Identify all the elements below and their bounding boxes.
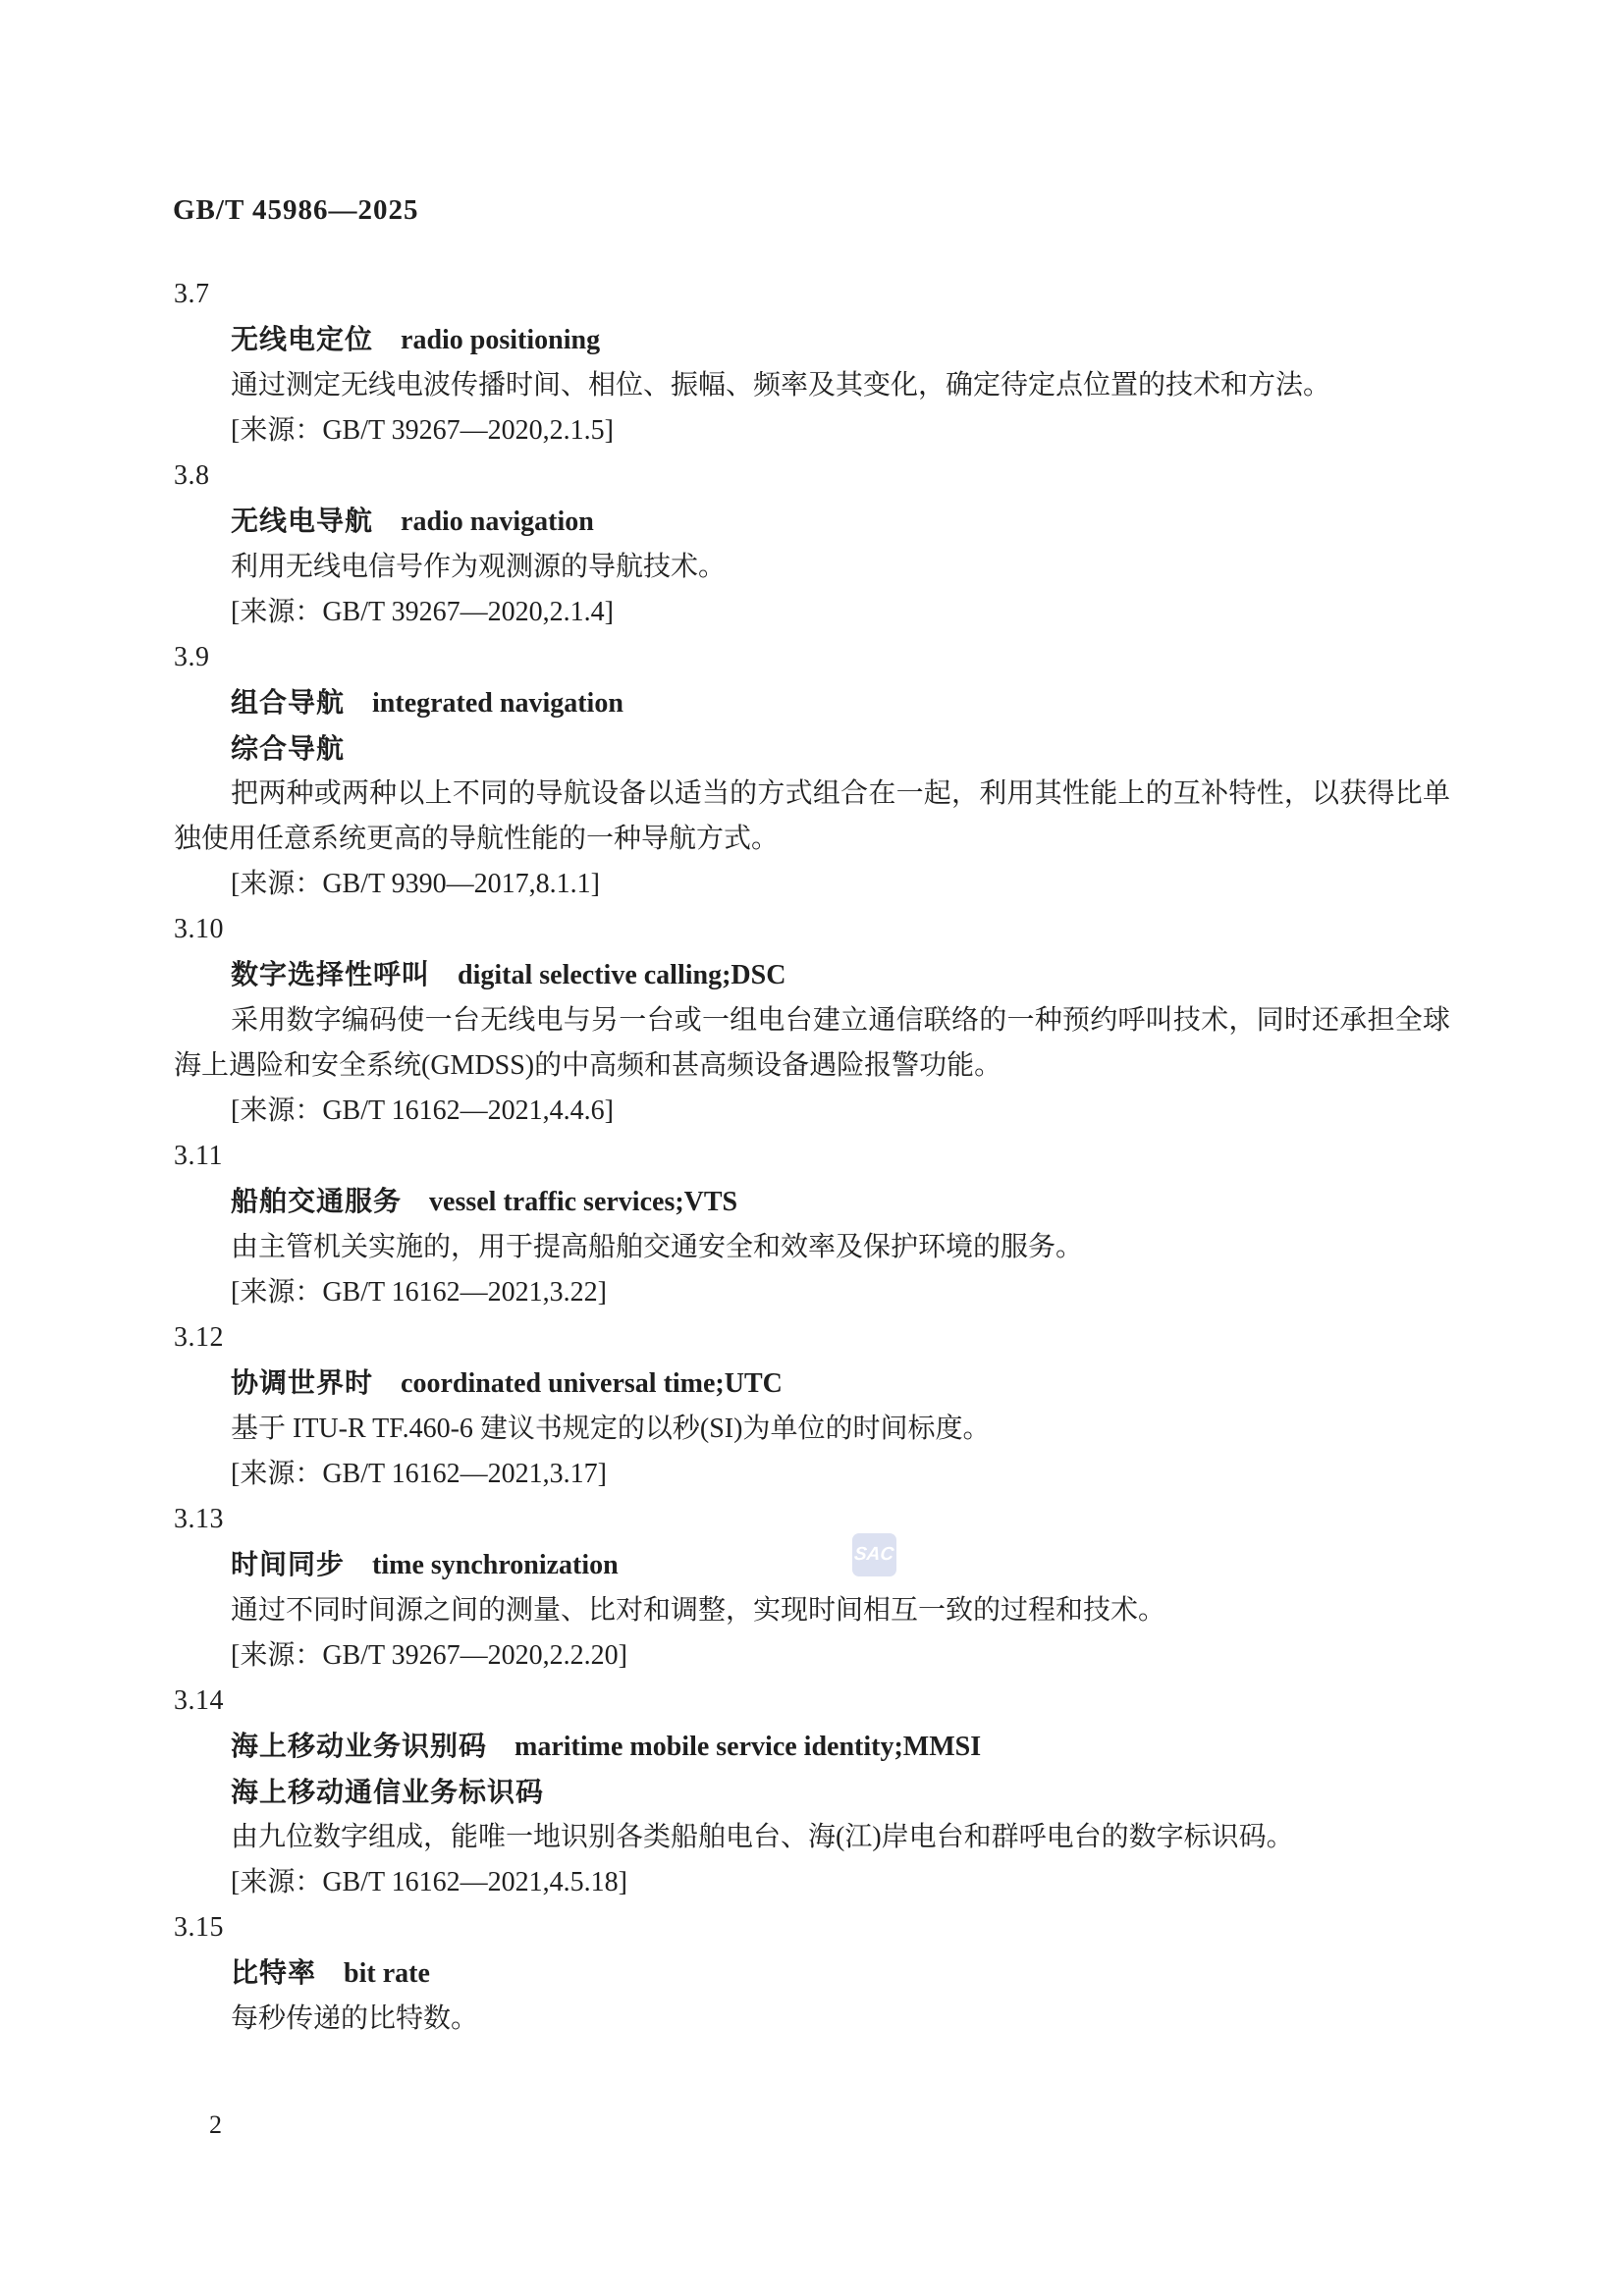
document-page: { "page": { "header": "GB/T 45986—2025",…	[0, 0, 1624, 2296]
section-number: 3.14	[174, 1679, 1450, 1724]
term-heading: 数字选择性呼叫digital selective calling;DSC	[174, 952, 1450, 998]
term-zh: 组合导航	[231, 687, 345, 718]
term-section: 3.7无线电定位radio positioning通过测定无线电波传播时间、相位…	[174, 272, 1450, 454]
term-heading: 时间同步time synchronization	[174, 1542, 1450, 1588]
term-section: 3.11船舶交通服务vessel traffic services;VTS由主管…	[174, 1134, 1450, 1315]
term-section: 3.14海上移动业务识别码maritime mobile service ide…	[174, 1679, 1450, 1905]
term-section: 3.10数字选择性呼叫digital selective calling;DSC…	[174, 907, 1450, 1134]
term-zh: 无线电导航	[231, 506, 373, 536]
document-header: GB/T 45986—2025	[173, 194, 419, 227]
term-heading: 无线电定位radio positioning	[174, 317, 1450, 363]
term-zh: 时间同步	[231, 1549, 345, 1579]
term-en: vessel traffic services;VTS	[429, 1187, 737, 1217]
section-number: 3.15	[174, 1905, 1450, 1950]
definition-text: 采用数字编码使一台无线电与另一台或一组电台建立通信联络的一种预约呼叫技术，同时还…	[174, 998, 1450, 1089]
term-en: radio navigation	[401, 507, 594, 537]
term-en: maritime mobile service identity;MMSI	[514, 1732, 981, 1762]
term-section: 3.12协调世界时coordinated universal time;UTC基…	[174, 1315, 1450, 1497]
term-section: 3.13时间同步time synchronization通过不同时间源之间的测量…	[174, 1497, 1450, 1679]
term-zh: 数字选择性呼叫	[231, 959, 430, 989]
term-synonym: 海上移动通信业务标识码	[174, 1770, 1450, 1815]
term-heading: 海上移动业务识别码maritime mobile service identit…	[174, 1724, 1450, 1770]
term-en: digital selective calling;DSC	[458, 960, 785, 990]
source-reference: [来源：GB/T 39267—2020,2.1.5]	[174, 408, 1450, 454]
term-en: integrated navigation	[372, 688, 623, 719]
term-synonym: 综合导航	[174, 726, 1450, 772]
definition-text: 通过不同时间源之间的测量、比对和调整，实现时间相互一致的过程和技术。	[174, 1588, 1450, 1633]
term-en: bit rate	[344, 1958, 430, 1989]
term-en: radio positioning	[401, 325, 600, 355]
term-heading: 无线电导航radio navigation	[174, 499, 1450, 545]
sections-container: 3.7无线电定位radio positioning通过测定无线电波传播时间、相位…	[174, 272, 1450, 2042]
term-zh: 协调世界时	[231, 1367, 373, 1398]
source-reference: [来源：GB/T 16162—2021,4.4.6]	[174, 1089, 1450, 1134]
section-number: 3.13	[174, 1497, 1450, 1542]
term-heading: 组合导航integrated navigation	[174, 680, 1450, 726]
definition-text: 由九位数字组成，能唯一地识别各类船舶电台、海(江)岸电台和群呼电台的数字标识码。	[174, 1815, 1450, 1860]
term-heading: 协调世界时coordinated universal time;UTC	[174, 1361, 1450, 1407]
definition-text: 由主管机关实施的，用于提高船舶交通安全和效率及保护环境的服务。	[174, 1225, 1450, 1270]
source-reference: [来源：GB/T 39267—2020,2.1.4]	[174, 590, 1450, 635]
source-reference: [来源：GB/T 9390—2017,8.1.1]	[174, 862, 1450, 907]
definition-text: 把两种或两种以上不同的导航设备以适当的方式组合在一起，利用其性能上的互补特性，以…	[174, 772, 1450, 862]
definition-text: 通过测定无线电波传播时间、相位、振幅、频率及其变化，确定待定点位置的技术和方法。	[174, 363, 1450, 408]
definition-text: 每秒传递的比特数。	[174, 1997, 1450, 2042]
source-reference: [来源：GB/T 16162—2021,3.22]	[174, 1270, 1450, 1315]
definition-text: 基于 ITU-R TF.460-6 建议书规定的以秒(SI)为单位的时间标度。	[174, 1407, 1450, 1452]
source-reference: [来源：GB/T 16162—2021,3.17]	[174, 1452, 1450, 1497]
term-zh: 船舶交通服务	[231, 1186, 402, 1216]
term-en: time synchronization	[372, 1550, 619, 1580]
term-section: 3.9组合导航integrated navigation综合导航把两种或两种以上…	[174, 635, 1450, 907]
term-zh: 海上移动业务识别码	[231, 1731, 487, 1761]
term-heading: 船舶交通服务vessel traffic services;VTS	[174, 1179, 1450, 1225]
section-number: 3.8	[174, 454, 1450, 499]
section-number: 3.12	[174, 1315, 1450, 1361]
term-section: 3.8无线电导航radio navigation利用无线电信号作为观测源的导航技…	[174, 454, 1450, 635]
section-number: 3.11	[174, 1134, 1450, 1179]
source-reference: [来源：GB/T 39267—2020,2.2.20]	[174, 1633, 1450, 1679]
term-heading: 比特率bit rate	[174, 1950, 1450, 1997]
term-zh: 比特率	[231, 1957, 316, 1988]
page-number: 2	[209, 2110, 222, 2140]
source-reference: [来源：GB/T 16162—2021,4.5.18]	[174, 1860, 1450, 1905]
section-number: 3.9	[174, 635, 1450, 680]
term-section: 3.15比特率bit rate每秒传递的比特数。	[174, 1905, 1450, 2042]
definition-text: 利用无线电信号作为观测源的导航技术。	[174, 545, 1450, 590]
term-zh: 无线电定位	[231, 324, 373, 354]
section-number: 3.10	[174, 907, 1450, 952]
term-en: coordinated universal time;UTC	[401, 1368, 783, 1399]
section-number: 3.7	[174, 272, 1450, 317]
